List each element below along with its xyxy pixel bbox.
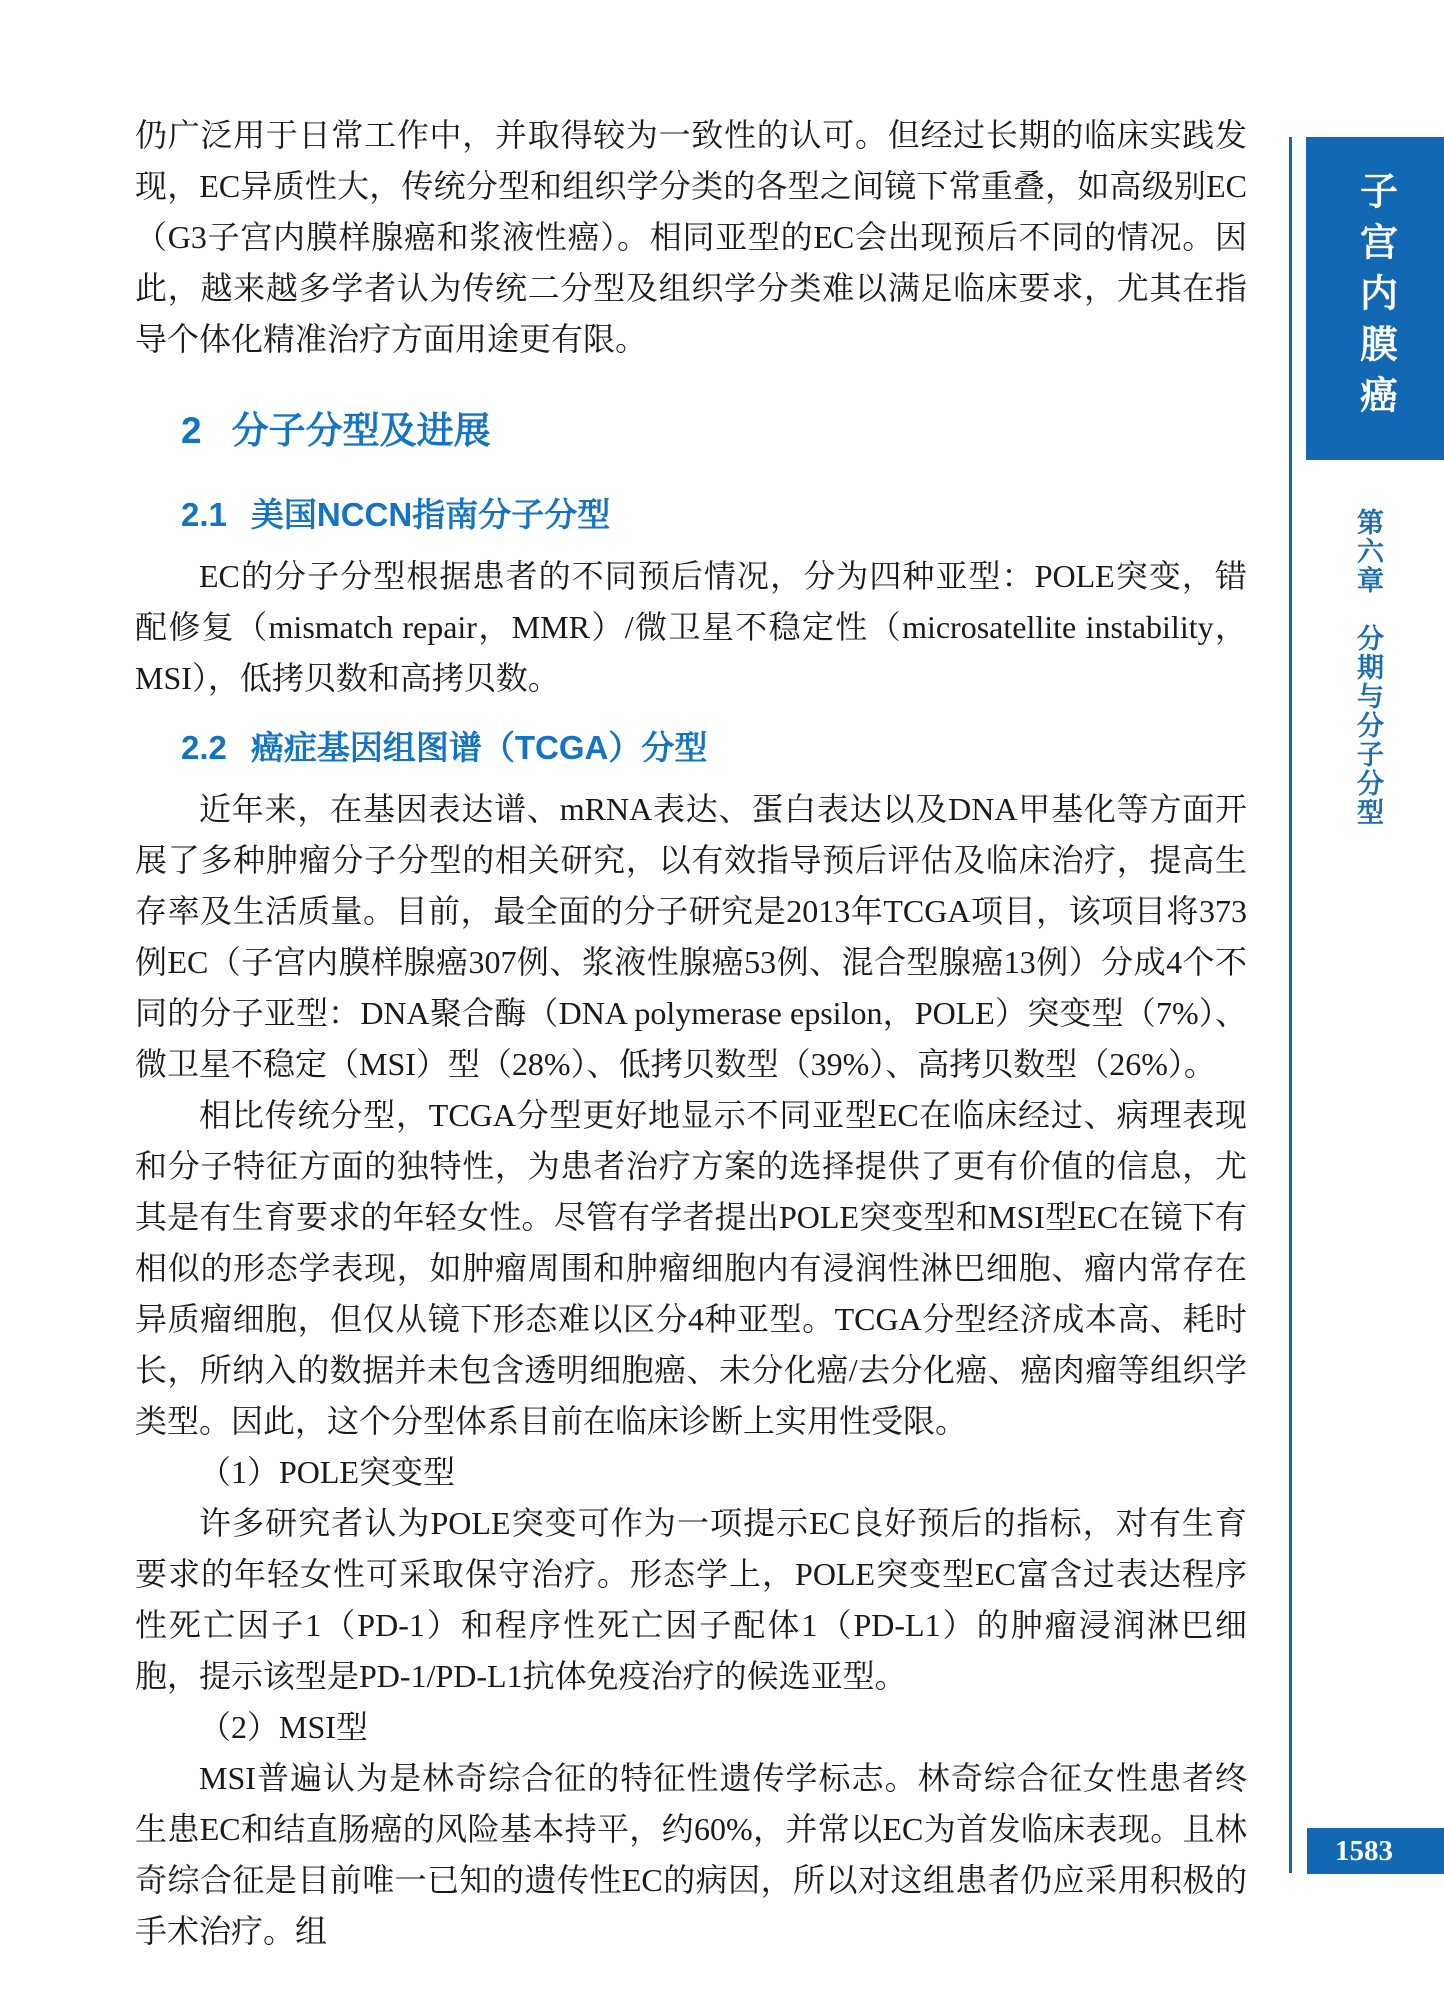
- paragraph-pole: 许多研究者认为POLE突变可作为一项提示EC良好预后的指标，对有生育要求的年轻女…: [135, 1498, 1247, 1702]
- chapter-side-title: 第六章 分期与分子分型: [1349, 508, 1388, 827]
- sidebar-vertical-rule: [1289, 137, 1292, 1873]
- page-number-box: 1583: [1307, 1828, 1444, 1874]
- paragraph-msi: MSI普遍认为是林奇综合征的特征性遗传学标志。林奇综合征女性患者终生患EC和结直…: [135, 1753, 1247, 1957]
- paragraph-intro: 仍广泛用于日常工作中，并取得较为一致性的认可。但经过长期的临床实践发现，EC异质…: [135, 110, 1247, 365]
- subsection-title: 癌症基因组图谱（TCGA）分型: [251, 729, 708, 766]
- paragraph-nccn: EC的分子分型根据患者的不同预后情况，分为四种亚型：POLE突变，错配修复（mi…: [135, 551, 1247, 704]
- book-page: 仍广泛用于日常工作中，并取得较为一致性的认可。但经过长期的临床实践发现，EC异质…: [0, 0, 1444, 2010]
- main-text-column: 仍广泛用于日常工作中，并取得较为一致性的认可。但经过长期的临床实践发现，EC异质…: [135, 110, 1247, 1957]
- paragraph-tcga-overview: 近年来，在基因表达谱、mRNA表达、蛋白表达以及DNA甲基化等方面开展了多种肿瘤…: [135, 784, 1247, 1090]
- paragraph-tcga-comparison: 相比传统分型，TCGA分型更好地显示不同亚型EC在临床经过、病理表现和分子特征方…: [135, 1090, 1247, 1447]
- section-heading-molecular-typing: 2分子分型及进展: [181, 407, 1247, 455]
- subsection-title: 美国NCCN指南分子分型: [251, 496, 610, 533]
- subsection-number: 2.1: [181, 496, 227, 533]
- list-item-heading-pole: （1）POLE突变型: [135, 1447, 1247, 1498]
- subsection-heading-nccn: 2.1美国NCCN指南分子分型: [181, 493, 1247, 537]
- page-number: 1583: [1307, 1828, 1444, 1874]
- subsection-number: 2.2: [181, 729, 227, 766]
- section-title: 分子分型及进展: [232, 410, 491, 451]
- subsection-heading-tcga: 2.2癌症基因组图谱（TCGA）分型: [181, 726, 1247, 770]
- section-number: 2: [181, 410, 202, 451]
- chapter-tab-label: 子宫内膜癌: [1348, 171, 1403, 426]
- chapter-tab: 子宫内膜癌: [1306, 137, 1444, 460]
- list-item-heading-msi: （2）MSI型: [135, 1702, 1247, 1753]
